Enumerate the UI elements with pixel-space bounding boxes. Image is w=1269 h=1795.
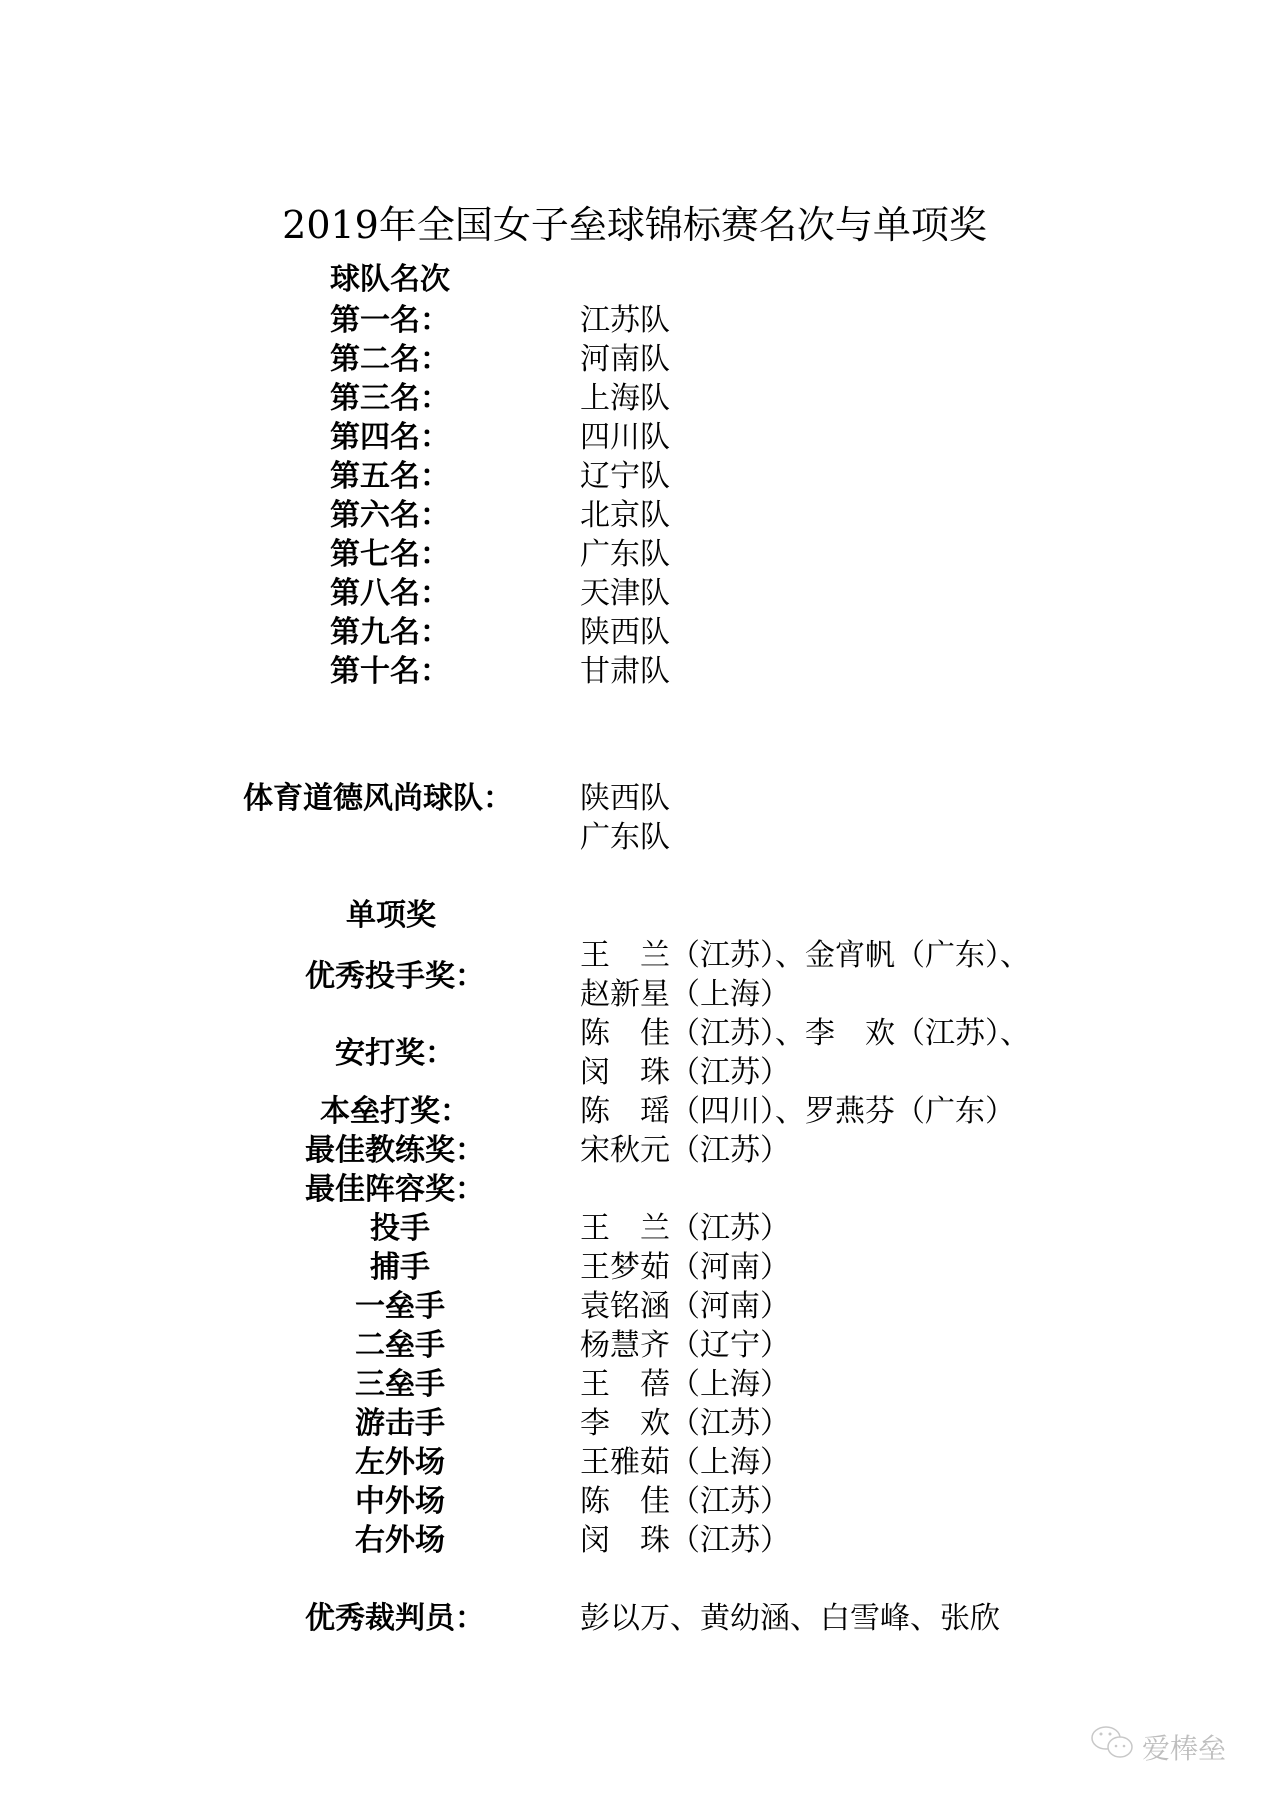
individual-awards-heading: 单项奖 <box>346 897 436 935</box>
hit-award-label: 安打奖： <box>245 1035 545 1073</box>
rankings-heading: 球队名次 <box>330 261 450 299</box>
wechat-icon <box>1090 1725 1136 1768</box>
rank-label-6: 第六名： <box>330 497 450 535</box>
rank-label-10: 第十名： <box>330 653 450 691</box>
rank-team-4: 四川队 <box>580 419 670 457</box>
lineup-player-shortstop: 李 欢（江苏） <box>580 1405 790 1443</box>
coach-award-label: 最佳教练奖： <box>245 1132 545 1170</box>
lineup-player-second-base: 杨慧齐（辽宁） <box>580 1327 790 1365</box>
lineup-player-right-field: 闵 珠（江苏） <box>580 1522 790 1560</box>
lineup-position-second-base: 二垒手 <box>230 1327 570 1365</box>
lineup-position-right-field: 右外场 <box>230 1522 570 1560</box>
lineup-player-third-base: 王 蓓（上海） <box>580 1366 790 1404</box>
rank-label-8: 第八名： <box>330 575 450 613</box>
rank-team-9: 陕西队 <box>580 614 670 652</box>
lineup-player-catcher: 王梦茹（河南） <box>580 1249 790 1287</box>
rank-team-8: 天津队 <box>580 575 670 613</box>
rank-team-3: 上海队 <box>580 380 670 418</box>
rank-team-1: 江苏队 <box>580 302 670 340</box>
rank-team-6: 北京队 <box>580 497 670 535</box>
page-title: 2019年全国女子垒球锦标赛名次与单项奖 <box>0 200 1269 250</box>
rank-team-7: 广东队 <box>580 536 670 574</box>
watermark: 爱棒垒 <box>1090 1725 1226 1768</box>
referees-value: 彭以万、黄幼涵、白雪峰、张欣 <box>580 1600 1000 1638</box>
lineup-position-third-base: 三垒手 <box>230 1366 570 1404</box>
pitcher-award-line-2: 赵新星（上海） <box>580 976 790 1014</box>
rank-team-2: 河南队 <box>580 341 670 379</box>
lineup-position-pitcher: 投手 <box>230 1210 570 1248</box>
watermark-text: 爱棒垒 <box>1142 1727 1226 1767</box>
coach-award-value: 宋秋元（江苏） <box>580 1132 790 1170</box>
sportsmanship-team-1: 陕西队 <box>580 780 670 818</box>
hit-award-line-1: 陈 佳（江苏）、李 欢（江苏）、 <box>580 1015 1030 1053</box>
lineup-position-shortstop: 游击手 <box>230 1405 570 1443</box>
rank-label-2: 第二名： <box>330 341 450 379</box>
lineup-position-center-field: 中外场 <box>230 1483 570 1521</box>
pitcher-award-label: 优秀投手奖： <box>245 958 545 996</box>
lineup-player-center-field: 陈 佳（江苏） <box>580 1483 790 1521</box>
rank-team-10: 甘肃队 <box>580 653 670 691</box>
rank-label-7: 第七名： <box>330 536 450 574</box>
pitcher-award-line-1: 王 兰（江苏）、金宵帆（广东）、 <box>580 937 1030 975</box>
lineup-position-first-base: 一垒手 <box>230 1288 570 1326</box>
lineup-position-catcher: 捕手 <box>230 1249 570 1287</box>
rank-label-1: 第一名： <box>330 302 450 340</box>
rank-team-5: 辽宁队 <box>580 458 670 496</box>
homerun-award-label: 本垒打奖： <box>245 1093 545 1131</box>
referees-label: 优秀裁判员： <box>245 1600 545 1638</box>
lineup-player-left-field: 王雅茹（上海） <box>580 1444 790 1482</box>
sportsmanship-label: 体育道德风尚球队： <box>243 780 513 818</box>
rank-label-9: 第九名： <box>330 614 450 652</box>
lineup-position-left-field: 左外场 <box>230 1444 570 1482</box>
rank-label-3: 第三名： <box>330 380 450 418</box>
homerun-award-value: 陈 瑶（四川）、罗燕芬（广东） <box>580 1093 1015 1131</box>
sportsmanship-team-2: 广东队 <box>580 819 670 857</box>
rank-label-4: 第四名： <box>330 419 450 457</box>
lineup-award-label: 最佳阵容奖： <box>245 1171 545 1209</box>
rank-label-5: 第五名： <box>330 458 450 496</box>
hit-award-line-2: 闵 珠（江苏） <box>580 1054 790 1092</box>
lineup-player-pitcher: 王 兰（江苏） <box>580 1210 790 1248</box>
lineup-player-first-base: 袁铭涵（河南） <box>580 1288 790 1326</box>
